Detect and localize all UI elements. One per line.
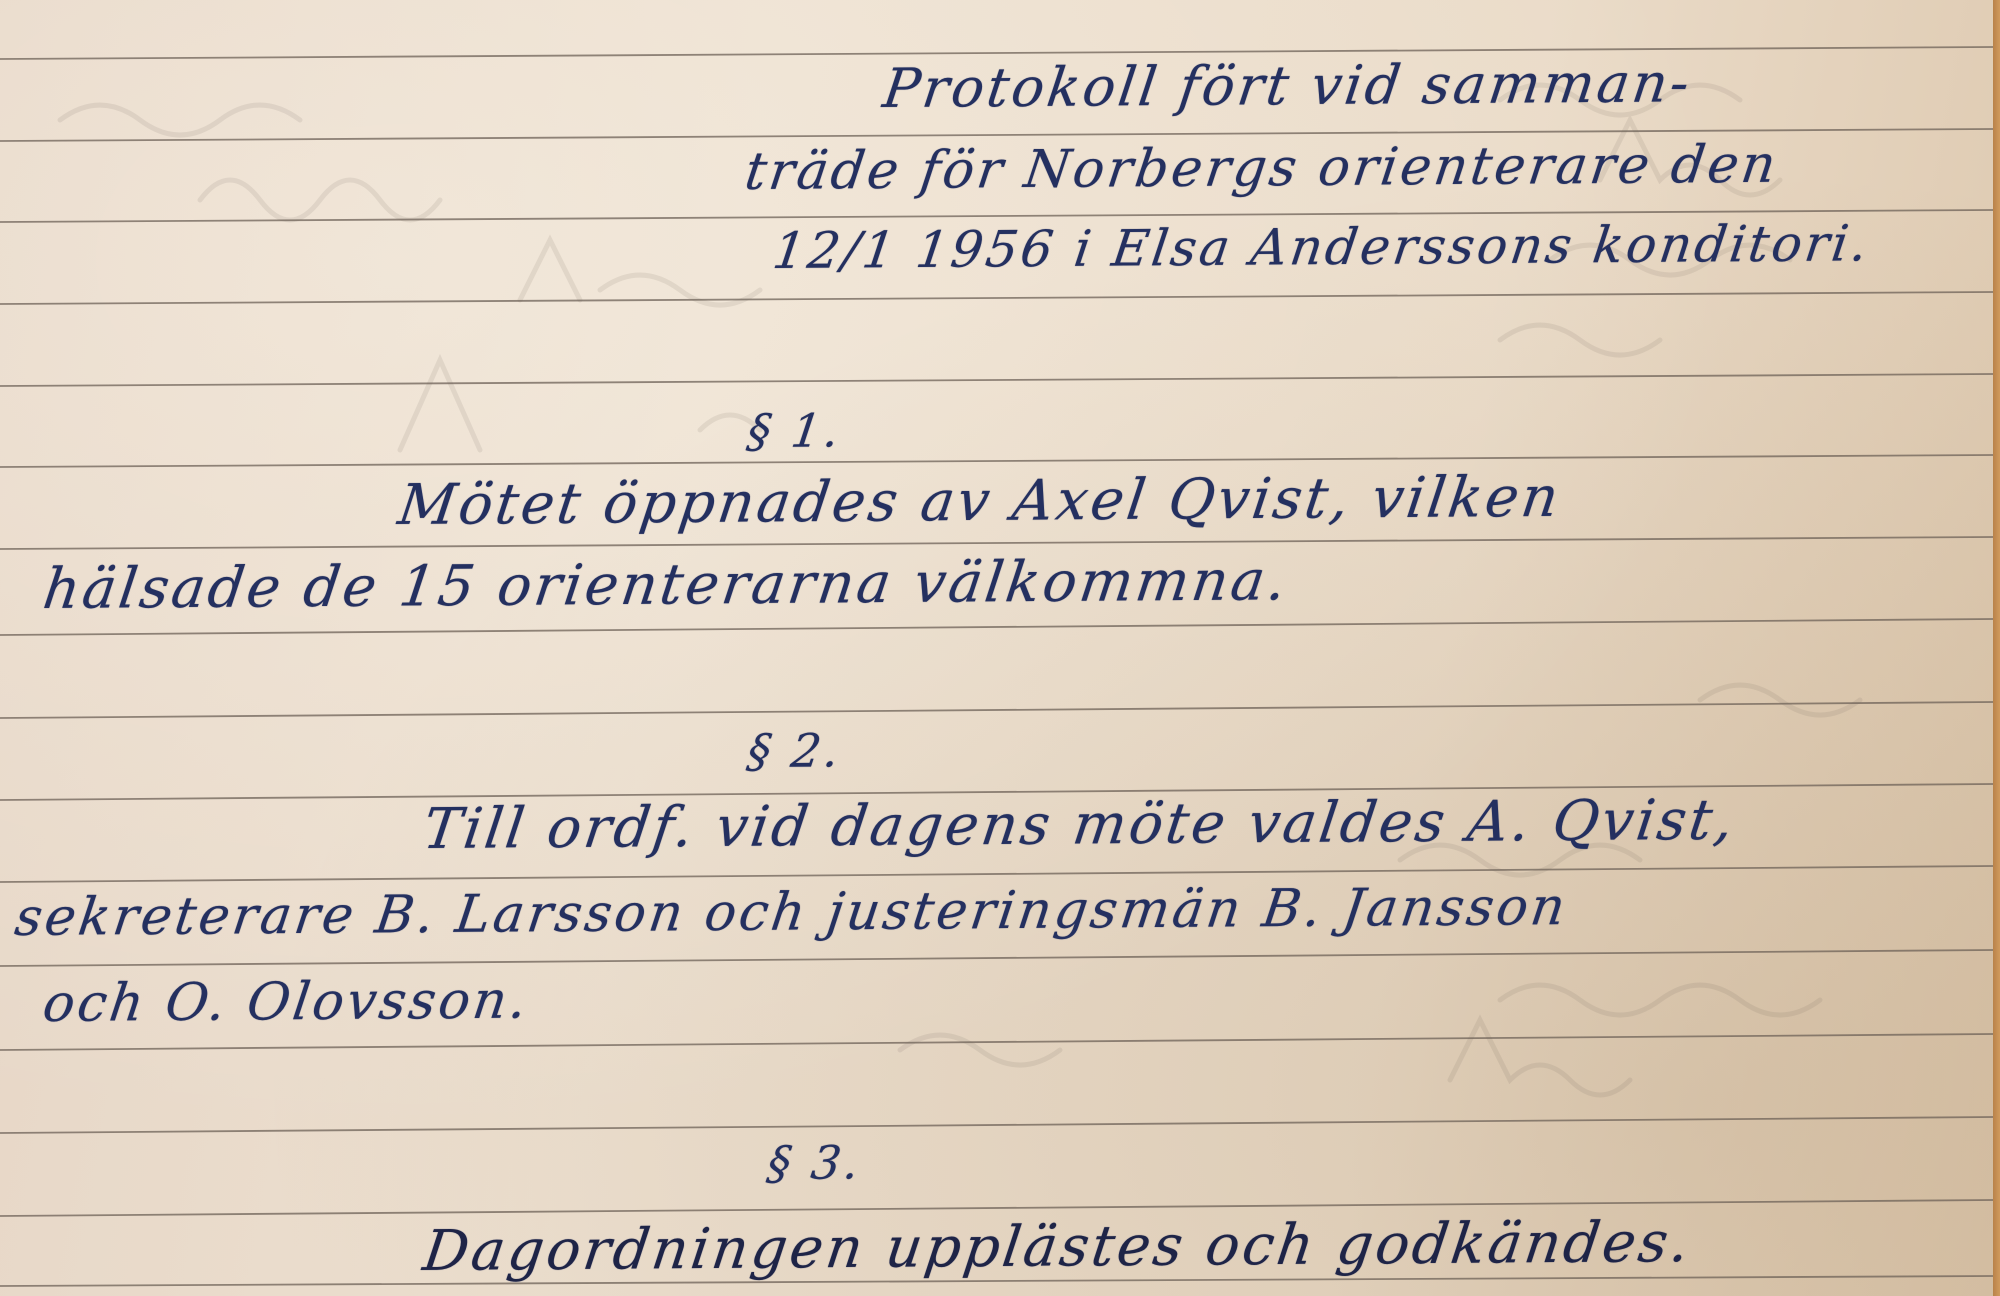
heading-line-1: Protokoll fört vid samman- [880,56,1695,116]
section-1-line-1: Mötet öppnades av Axel Qvist, vilken [395,470,1564,534]
desk-surface [1993,0,2000,1296]
section-1-line-2: hälsade de 15 orienterarna välkommna. [40,553,1292,618]
notebook-page: Protokoll fört vid samman- träde för Nor… [0,0,1993,1296]
section-marker-1: § 1. [745,407,845,454]
section-2-line-2: sekreterare B. Larsson och justeringsmän… [12,881,1571,944]
section-2-line-1: Till ordf. vid dagens möte valdes A. Qvi… [420,793,1739,858]
section-marker-2: § 2. [745,727,845,774]
heading-line-3-date-place: 12/1 1956 i Elsa Anderssons konditori. [770,218,1873,276]
section-2-line-3: och O. Olovsson. [40,975,533,1030]
heading-line-2: träde för Norbergs orienterare den [742,139,1782,198]
section-3-line-1: Dagordningen upplästes och godkändes. [420,1215,1695,1280]
section-marker-3: § 3. [765,1139,865,1186]
